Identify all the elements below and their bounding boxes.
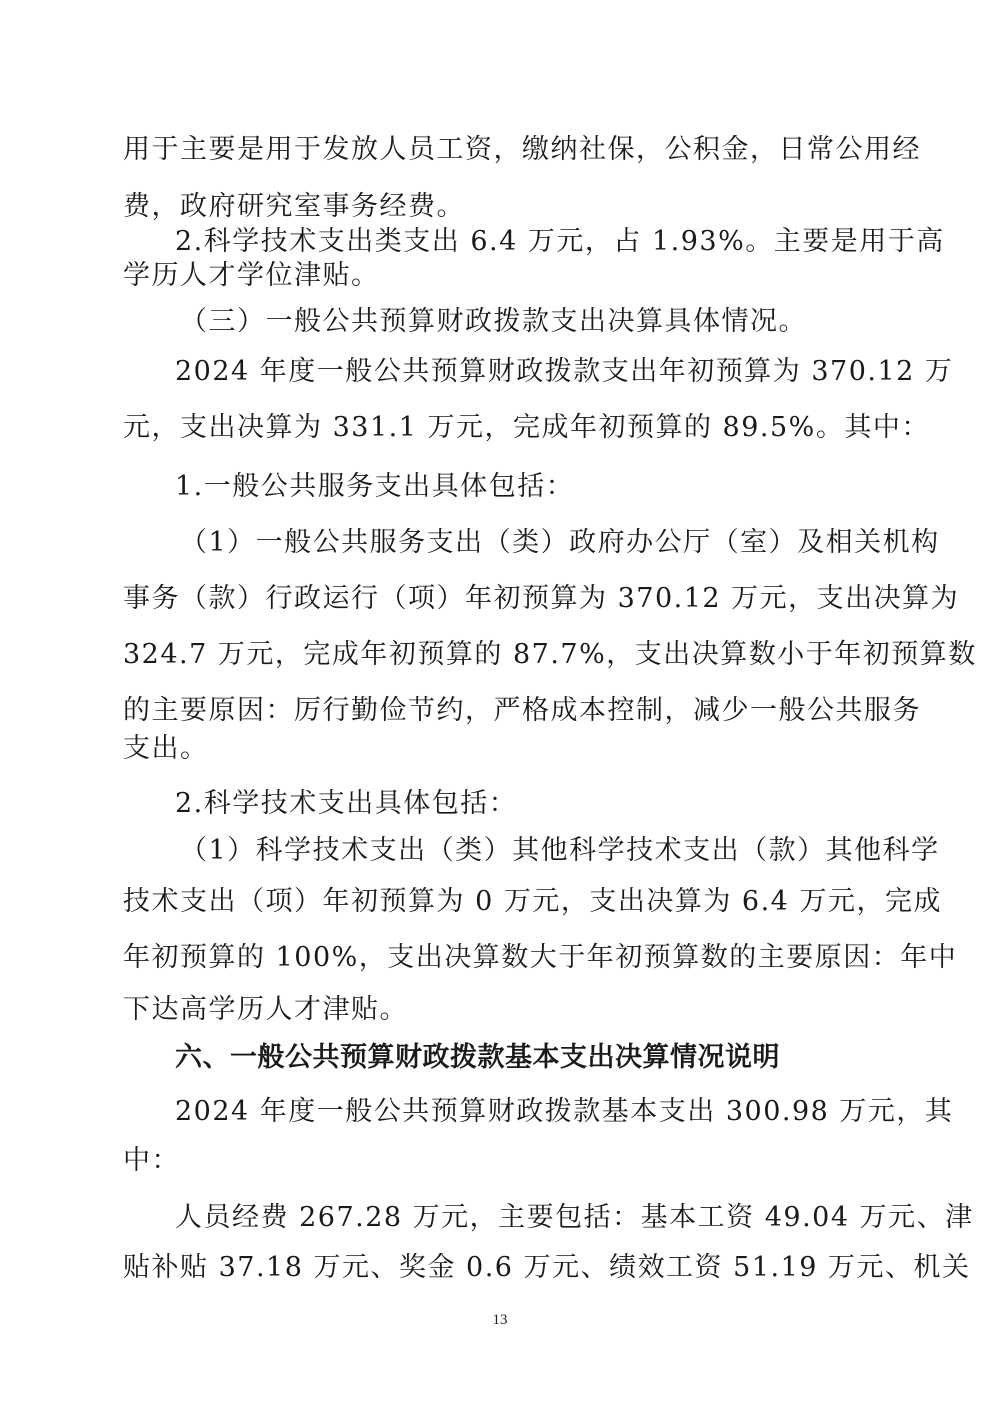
paragraph-line: 学历人才学位津贴。 xyxy=(123,258,883,294)
paragraph-line: （1）科学技术支出（类）其他科学技术支出（款）其他科学 xyxy=(180,833,883,869)
paragraph-line: 人员经费 267.28 万元，主要包括：基本工资 49.04 万元、津 xyxy=(175,1200,883,1236)
paragraph-line: 年初预算的 100%，支出决算数大于年初预算数的主要原因：年中 xyxy=(123,940,883,976)
paragraph-line: 事务（款）行政运行（项）年初预算为 370.12 万元，支出决算为 xyxy=(123,581,883,617)
paragraph-line: 支出。 xyxy=(123,731,883,767)
paragraph-line: 用于主要是用于发放人员工资，缴纳社保，公积金，日常公用经 xyxy=(123,132,883,168)
section-subheading: （三）一般公共预算财政拨款支出决算具体情况。 xyxy=(180,304,883,340)
paragraph-line: 2024 年度一般公共预算财政拨款基本支出 300.98 万元，其 xyxy=(175,1094,883,1130)
document-page: 用于主要是用于发放人员工资，缴纳社保，公积金，日常公用经 费，政府研究室事务经费… xyxy=(0,0,1000,1414)
paragraph-line: 技术支出（项）年初预算为 0 万元，支出决算为 6.4 万元，完成 xyxy=(123,884,883,920)
paragraph-line: 贴补贴 37.18 万元、奖金 0.6 万元、绩效工资 51.19 万元、机关 xyxy=(123,1250,883,1286)
paragraph-line: 324.7 万元，完成年初预算的 87.7%，支出决算数小于年初预算数 xyxy=(123,637,883,673)
page-number: 13 xyxy=(0,1312,1000,1329)
paragraph-line: 中： xyxy=(123,1143,883,1179)
paragraph-line: 2024 年度一般公共预算财政拨款支出年初预算为 370.12 万 xyxy=(175,354,883,390)
paragraph-line: 费，政府研究室事务经费。 xyxy=(123,189,883,225)
paragraph-line: 2.科学技术支出类支出 6.4 万元，占 1.93%。主要是用于高 xyxy=(175,224,883,260)
paragraph-line: （1）一般公共服务支出（类）政府办公厅（室）及相关机构 xyxy=(180,525,883,561)
paragraph-line: 下达高学历人才津贴。 xyxy=(123,992,883,1028)
paragraph-line: 的主要原因：厉行勤俭节约，严格成本控制，减少一般公共服务 xyxy=(123,693,883,729)
list-heading: 2.科学技术支出具体包括： xyxy=(175,786,883,822)
list-heading: 1.一般公共服务支出具体包括： xyxy=(175,469,883,505)
paragraph-line: 元，支出决算为 331.1 万元，完成年初预算的 89.5%。其中： xyxy=(123,410,883,446)
section-heading: 六、一般公共预算财政拨款基本支出决算情况说明 xyxy=(175,1040,883,1076)
